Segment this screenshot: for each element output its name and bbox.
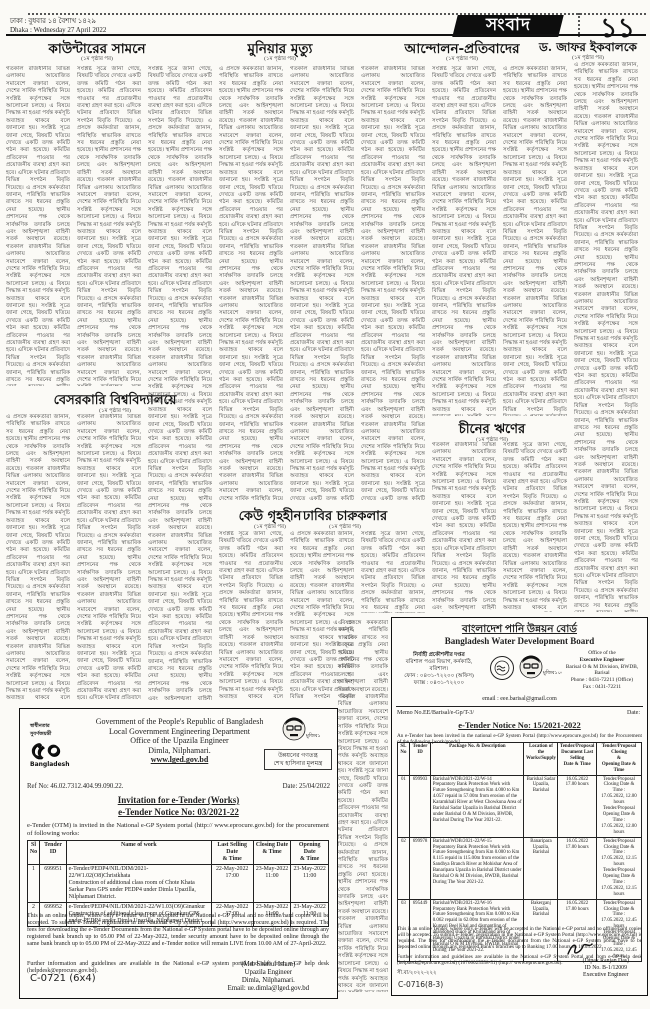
article-text-column: সংশ্লিষ্ট সূত্রে জানা গেছে, বিষয়টি খতিয… [219, 531, 283, 700]
column-header: Tender/Proposal Closing & Opening Date &… [596, 743, 641, 776]
column-header: Last Selling Date & Time [211, 841, 253, 865]
column-header: Tender/Proposal Document Last Selling Da… [558, 743, 597, 776]
slogan-box: উন্নয়নের গণতন্ত্র শেখ হাসিনার মূলমন্ত্র [264, 749, 332, 770]
table-cell: 699951 [40, 865, 67, 903]
signatory-email: Email: ue.dimla@lged.gov.bd [228, 985, 309, 993]
table-row: 1699951e-Tender/PEDP4/NIL/DIM/2021-22/W1… [28, 865, 329, 903]
lged-ad-code: C-0721 (6x4) [30, 973, 96, 984]
article-text-column: এ প্রসঙ্গে কর্মকর্তারা জানান, পরিস্থিতি … [503, 66, 567, 416]
column-header: Sl No [28, 841, 40, 865]
govt-line: Local Government Engineering Department [82, 727, 277, 737]
article-text-column: গতকাল রাজধানীর বিভিন্ন এলাকায় আয়োজিত স… [6, 66, 70, 386]
table-cell: 23-May-2022 11:00 [291, 865, 329, 903]
bwdb-tender-ad: বাংলাদেশ পানি উন্নয়ন বোর্ড Bangladesh W… [391, 617, 648, 996]
article-text-column: গতকাল রাজধানীর বিভিন্ন এলাকায় আয়োজিত স… [77, 414, 141, 700]
continued-label: (১ম পৃষ্ঠার পর) [81, 56, 113, 64]
office-line: Barisal O & M Division, BWDB, Barisal [560, 664, 644, 678]
table-cell: Banaripara Upazila, Barishal [524, 837, 558, 899]
signature-scribble [565, 940, 595, 958]
table-cell: 16.05.2022 17.00 hours [558, 837, 597, 899]
lged-intro: e-Tender (OTM) is invited in the Nationa… [27, 822, 329, 838]
office-line: Fax : 0431-72211 [560, 684, 644, 691]
article-text-column: সংশ্লিষ্ট সূত্রে জানা গেছে, বিষয়টি খতিয… [361, 531, 425, 613]
govt-line: Government of the People's Republic of B… [82, 717, 277, 727]
column-header: Tender ID [40, 841, 67, 865]
address-line: ফ্যাক্স : ০৪৩১-৭২২০০ [396, 680, 482, 687]
table-cell: 699978 [409, 837, 430, 899]
table-cell: Tender/Proposal Closing Date & Time : 17… [596, 775, 641, 837]
bwdb-ad-code: C-0716(8-3) [398, 980, 443, 989]
table-cell: 02 [398, 837, 410, 899]
article-text-column: এ প্রসঙ্গে কর্মকর্তারা জানান, পরিস্থিতি … [338, 620, 388, 992]
table-cell: Barishal Sadar Upazila, Barishal [524, 775, 558, 837]
slogan-line: শেখ হাসিনার মূলমন্ত্র [267, 760, 329, 768]
column-header: SL No [398, 743, 410, 776]
bwdb-signature-block: (Dipak Ranjan Das) ID No. B-1/12009 Exec… [583, 958, 629, 979]
newspaper-page: ঢাকা : বুধবার ১৪ বৈশাখ ১৪২৯ Dhaka : Wedn… [0, 0, 650, 1009]
bwdb-ref-bn: সী.বা/২০২২-২২২ [397, 970, 437, 978]
lged-fine-print: This is an online tender, where only e-T… [27, 913, 329, 948]
column-header: Tender ID [409, 743, 430, 776]
lged-govt-header: Government of the People's Republic of B… [82, 717, 277, 765]
lged-signature-block: (Md. Shafiul Islam) Upazila Engineer Dim… [228, 961, 309, 993]
signatory-name: (Dipak Ranjan Das) [583, 958, 629, 965]
bwdb-fine-print: This is an online Tender, where only e-T… [397, 926, 642, 950]
mujib100-logo: মুজিব১০০ [518, 654, 562, 682]
continued-label: (১ম পৃষ্ঠার পর) [264, 56, 296, 64]
lged-tender-ad: স্বাধীনতারসুবর্ণজয়ন্তী ৫০ Bangladesh Go… [19, 708, 338, 999]
continued-label: (১ম পৃষ্ঠার পর) [446, 56, 478, 64]
lged-ref-no: Ref No: 46.02.7312.404.99.090.22. [27, 783, 123, 790]
signatory-title: Upazila Engineer [228, 969, 309, 977]
slogan-line: উন্নয়নের গণতন্ত্র [267, 752, 329, 760]
govt-line: Dimla, Nilphamari. [82, 746, 277, 756]
office-line: Executive Engineer [560, 657, 644, 664]
column-header: Closing Date & Time [253, 841, 291, 865]
table-cell: Barishal/WDB/2021-22/W-15 Preparatory Ba… [431, 837, 524, 899]
signatory-id: ID No. B-1/12009 [583, 965, 629, 972]
article-text-column: এ প্রসঙ্গে কর্মকর্তারা জানান, পরিস্থিতি … [574, 62, 638, 612]
address-line: বরিশাল পওর বিভাগ, কর্নকাঠি, বরিশাল। [396, 659, 482, 673]
column-header: Name of work [67, 841, 211, 865]
svg-text:মুজিব১০০: মুজিব১০০ [305, 733, 320, 739]
article-text-column: সংশ্লিষ্ট সূত্রে জানা গেছে, বিষয়টি খতিয… [77, 66, 141, 386]
table-cell: 01 [398, 775, 410, 837]
article-text-column: গতকাল রাজধানীর বিভিন্ন এলাকায় আয়োজিত স… [290, 66, 354, 502]
lged-website: www.lged.gov.bd [82, 755, 277, 765]
table-row: 02699978Barishal/WDB/2021-22/W-15 Prepar… [398, 837, 642, 899]
date-bengali: ঢাকা : বুধবার ১৪ বৈশাখ ১৪২৯ [10, 17, 106, 26]
bwdb-seal [490, 656, 514, 680]
table-cell: Barishal/WDB/2021-22/W-14 Preparatory Ba… [431, 775, 524, 837]
office-line: Office of the [560, 650, 644, 657]
bwdb-address-bn: নির্বাহী প্রকৌশলীর দপ্তর বরিশাল পওর বিভা… [396, 652, 482, 687]
bwdb-seal-waves [494, 660, 510, 676]
lged-title: Invitation for e-Tender (Works) [20, 795, 337, 805]
table-cell: 16.05.2022 17.00 hours [558, 775, 597, 837]
article-text-column: এ প্রসঙ্গে কর্মকর্তারা জানান, পরিস্থিতি … [219, 66, 283, 502]
lged-date: Date: 25/04/2022 [283, 783, 330, 790]
bwdb-title-en: Bangladesh Water Development Board [392, 636, 647, 646]
bwdb-office-en: Office of the Executive Engineer Barisal… [560, 650, 644, 691]
govt-line: Office of the Upazila Engineer [82, 736, 277, 746]
column-header: Location of the Works/Supply [524, 743, 558, 776]
bwdb-email: email : eee.barisal@gmail.com [392, 696, 647, 702]
column-header: Opening Date & Time [291, 841, 329, 865]
date-english: Dhaka : Wednesday 27 April 2022 [10, 26, 106, 35]
bwdb-memo: Memo No.EE/Barisal/e-Gp/T-3/ [397, 710, 474, 716]
table-cell: 1 [28, 865, 40, 903]
table-cell: 23-May-2022 11:00 [253, 865, 291, 903]
header-rule [6, 34, 646, 36]
signatory-name: (Md. Shafiul Islam) [228, 961, 309, 969]
lged-notice-no: e-Tender Notice No: 03/2021-22 [20, 807, 337, 817]
article-text-column: গতকাল রাজধানীর বিভিন্ন এলাকায় আয়োজিত স… [432, 442, 496, 612]
bwdb-date-label: Date: [627, 710, 640, 716]
office-line: Phone : 0431-72211 (Office) [560, 677, 644, 684]
table-cell: 22-May-2022 17:00 [211, 865, 253, 903]
address-line: ফোন : ০৪৩১-৭২২০০ (অফিস) [396, 673, 482, 680]
mujib100-logo: মুজিব১০০ [278, 715, 320, 745]
signatory-title: Executive Engineer [583, 972, 629, 979]
address-line: নির্বাহী প্রকৌশলীর দপ্তর [396, 652, 482, 659]
article-text-column: গতকাল রাজধানীর বিভিন্ন এলাকায় আয়োজিত স… [361, 66, 425, 502]
article-text-column: সংশ্লিষ্ট সূত্রে জানা গেছে, বিষয়টি খতিয… [503, 442, 567, 612]
table-cell: Tender/Proposal Closing Date & Time : 17… [596, 837, 641, 899]
table-row: 01699903Barishal/WDB/2021-22/W-14 Prepar… [398, 775, 642, 837]
table-cell: e-Tender/PEDP4/NIL/DIM/2021-22/W1.02(O8)… [67, 865, 211, 903]
column-header: Package No. & Description [431, 743, 524, 776]
article-text-column: এ প্রসঙ্গে কর্মকর্তারা জানান, পরিস্থিতি … [6, 414, 70, 700]
table-cell: 699903 [409, 775, 430, 837]
signatory-office: Dimla, Nilphamari. [228, 977, 309, 985]
article-text-column: সংশ্লিষ্ট সূত্রে জানা গেছে, বিষয়টি খতিয… [432, 66, 496, 416]
svg-text:মুজিব১০০: মুজিব১০০ [542, 670, 562, 676]
dateline: ঢাকা : বুধবার ১৪ বৈশাখ ১৪২৯ Dhaka : Wedn… [10, 17, 106, 34]
article-text-column: সংশ্লিষ্ট সূত্রে জানা গেছে, বিষয়টি খতিয… [148, 66, 212, 700]
bwdb-notice-no: e-Tender Notice No: 15/2021-2022 [392, 720, 647, 730]
bwdb-divider [396, 706, 643, 707]
